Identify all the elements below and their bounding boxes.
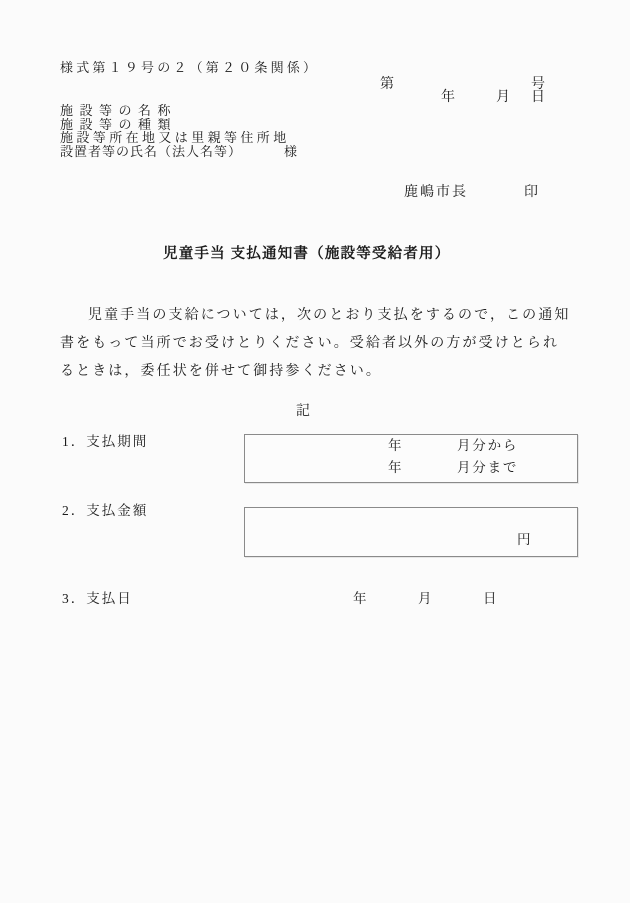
form-number: 様式第１９号の２（第２０条関係） — [60, 60, 319, 76]
period-from-month-suffix: 月分から — [457, 438, 518, 454]
payment-amount-label: 2．支払金額 — [62, 503, 148, 519]
body-paragraph-line-1: 児童手当の支給については，次のとおり支払をするので，この通知 — [88, 308, 570, 325]
amount-unit-label: 円 — [517, 532, 531, 548]
payment-date-day-label: 日 — [483, 591, 497, 607]
body-paragraph-line-2: 書をもって当所でお受けとりください。受給者以外の方が受けとられ — [60, 336, 559, 353]
period-from-year-label: 年 — [388, 438, 402, 454]
payment-date-label: 3．支払日 — [62, 591, 133, 607]
payment-date-year-label: 年 — [353, 591, 367, 607]
payment-date-month-label: 月 — [418, 591, 432, 607]
document-page: 様式第１９号の２（第２０条関係） 第 号 年 月 日 施設等の名称 施設等の種類… — [0, 0, 630, 903]
issue-date-month-label: 月 — [496, 90, 510, 107]
payment-period-box — [244, 434, 578, 483]
addressee-honorific: 様 — [284, 144, 297, 160]
issuer-mayor-name: 鹿嶋市長 — [404, 185, 468, 202]
list-marker: 記 — [296, 404, 310, 421]
period-to-month-suffix: 月分まで — [457, 460, 518, 476]
doc-number-prefix: 第 — [380, 77, 394, 94]
body-paragraph-line-3: るときは，委任状を併せて御持参ください。 — [60, 364, 382, 381]
payment-period-label: 1．支払期間 — [62, 434, 148, 450]
issuer-seal-mark: 印 — [524, 185, 538, 202]
document-title: 児童手当 支払通知書（施設等受給者用） — [163, 246, 450, 263]
issue-date-day-label: 日 — [531, 90, 545, 107]
period-to-year-label: 年 — [388, 460, 402, 476]
addressee-founder-name-label: 設置者等の氏名（法人名等） — [60, 144, 242, 160]
issue-date-year-label: 年 — [441, 90, 455, 107]
